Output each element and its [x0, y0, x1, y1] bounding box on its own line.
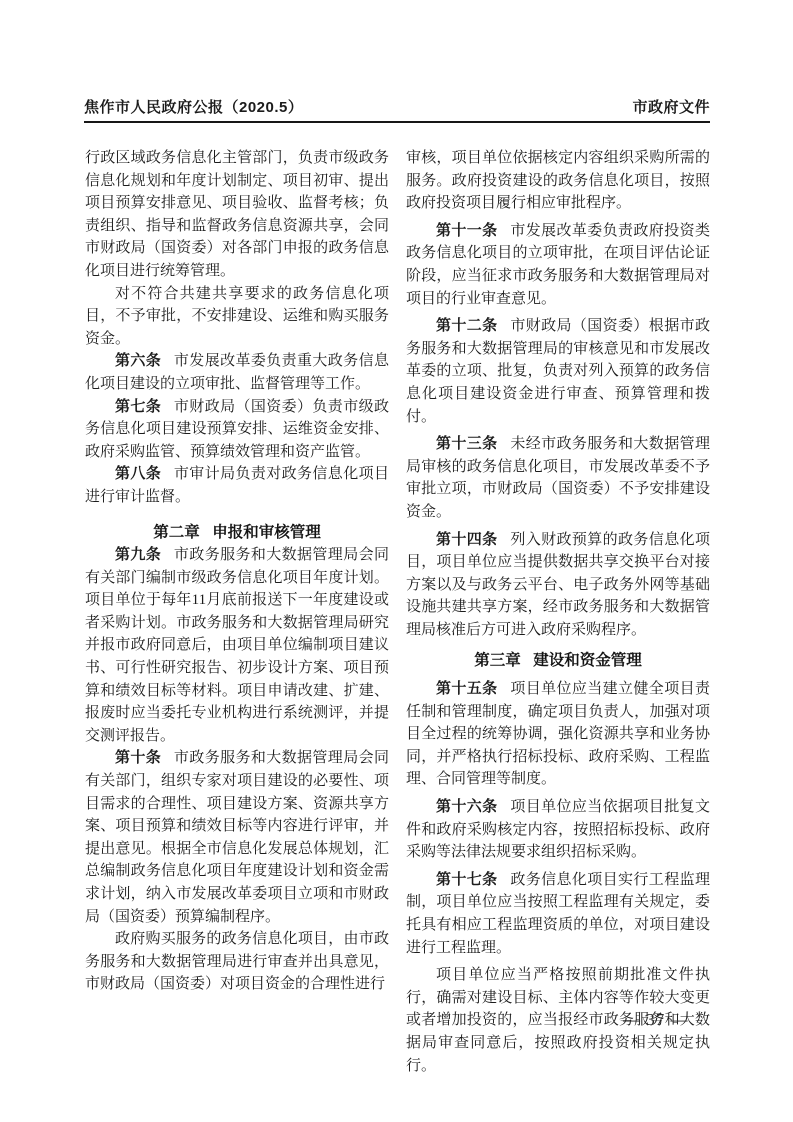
paragraph: 第十一条市发展改革委负责政府投资类政务信息化项目的立项审批，在项目评估论证阶段，… — [406, 220, 710, 310]
page-number: — 37 — — [623, 1010, 689, 1030]
article-number: 第十六条 — [436, 798, 510, 815]
document-page: 焦作市人民政府公报（2020.5） 市政府文件 行政区域政务信息化主管部门，负责… — [0, 0, 793, 1122]
article-number: 第八条 — [115, 465, 174, 482]
chapter-number: 第三章 — [474, 652, 533, 669]
article-number: 第十五条 — [436, 680, 510, 697]
chapter-heading: 第三章建设和资金管理 — [406, 650, 710, 673]
paragraph: 对不符合共建共享要求的政务信息化项目，不予审批，不安排建设、运维和购买服务资金。 — [85, 283, 389, 351]
paragraph: 第十五条项目单位应当建立健全项目责任制和管理制度，确定项目负责人，加强对项目全过… — [406, 678, 710, 791]
paragraph: 第九条市政务服务和大数据管理局会同有关部门编制市级政务信息化项目年度计划。项目单… — [85, 544, 389, 747]
article-number: 第七条 — [115, 398, 174, 415]
article-number: 第十三条 — [436, 435, 510, 452]
paragraph: 第七条市财政局（国资委）负责市级政务信息化项目建设预算安排、运维资金安排、政府采… — [85, 396, 389, 464]
paragraph: 第十六条项目单位应当依据项目批复文件和政府采购核定内容，按照招标投标、政府采购等… — [406, 796, 710, 864]
left-column: 行政区域政务信息化主管部门，负责市级政务信息化规划和年度计划制定、项目初审、提出… — [85, 147, 389, 1082]
article-number: 第十七条 — [436, 871, 510, 888]
article-number: 第十二条 — [436, 317, 510, 334]
article-number: 第十四条 — [436, 531, 510, 548]
article-number: 第十条 — [115, 749, 174, 766]
paragraph: 行政区域政务信息化主管部门，负责市级政务信息化规划和年度计划制定、项目初审、提出… — [85, 147, 389, 283]
paragraph: 第十七条政务信息化项目实行工程监理制，项目单位应当按照工程监理有关规定，委托具有… — [406, 869, 710, 959]
page-header: 焦作市人民政府公报（2020.5） 市政府文件 — [84, 96, 710, 117]
paragraph: 第八条市审计局负责对政务信息化项目进行审计监督。 — [85, 463, 389, 508]
paragraph: 第十条市政务服务和大数据管理局会同有关部门，组织专家对项目建设的必要性、项目需求… — [85, 747, 389, 928]
paragraph: 第六条市发展改革委负责重大政务信息化项目建设的立项审批、监督管理等工作。 — [85, 350, 389, 395]
gazette-title: 焦作市人民政府公报（2020.5） — [84, 96, 303, 117]
document-category: 市政府文件 — [632, 96, 710, 117]
paragraph: 政府购买服务的政务信息化项目，由市政务服务和大数据管理局进行审查并出具意见，市财… — [85, 928, 389, 996]
header-rule — [84, 121, 710, 123]
article-number: 第六条 — [115, 352, 174, 369]
chapter-heading: 第二章申报和审核管理 — [85, 522, 389, 545]
text-columns: 行政区域政务信息化主管部门，负责市级政务信息化规划和年度计划制定、项目初审、提出… — [85, 147, 710, 1082]
right-column: 审核，项目单位依据核定内容组织采购所需的服务。政府投资建设的政务信息化项目，按照… — [406, 147, 710, 1082]
paragraph: 第十二条市财政局（国资委）根据市政务服务和大数据管理局的审核意见和市发展改革委的… — [406, 315, 710, 428]
paragraph: 第十四条列入财政预算的政务信息化项目，项目单位应当提供数据共享交换平台对接方案以… — [406, 529, 710, 642]
chapter-number: 第二章 — [153, 524, 212, 541]
paragraph: 审核，项目单位依据核定内容组织采购所需的服务。政府投资建设的政务信息化项目，按照… — [406, 147, 710, 215]
paragraph: 第十三条未经市政务服务和大数据管理局审核的政务信息化项目，市发展改革委不予审批立… — [406, 433, 710, 523]
article-number: 第十一条 — [436, 222, 510, 239]
article-number: 第九条 — [115, 546, 174, 563]
